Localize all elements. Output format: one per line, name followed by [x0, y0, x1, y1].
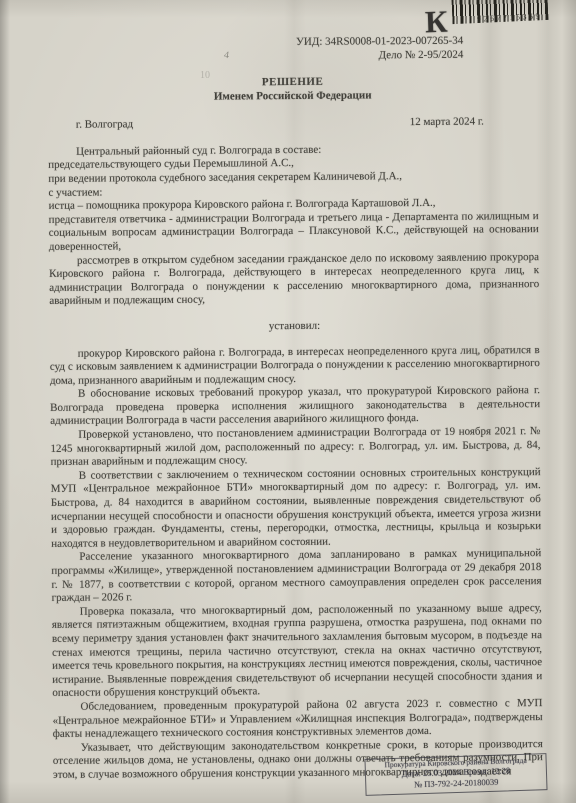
body-paragraph: В обоснование исковых требований прокуро… [50, 384, 540, 429]
intro-paragraph: представителя ответчика - администрации … [49, 210, 539, 255]
body-paragraph: В соответствии с заключением о техническ… [51, 466, 542, 551]
city-date-row: г. Волгоград 12 марта 2024 г. [48, 115, 538, 132]
case-header: УИД: 34RS0008-01-2023-007265-34 Дело № 2… [47, 0, 537, 65]
case-number-line: Дело № 2-95/2024 [47, 48, 463, 65]
body-paragraph: Обследованием, проведенным прокуратурой … [52, 697, 542, 742]
scanned-court-decision-page: К 9267715359 4 10 УИД: 34RS0008-01-2023-… [0, 0, 576, 803]
body-paragraph: Проверкой установлено, что постановление… [50, 425, 540, 470]
intro-paragraph: рассмотрев в открытом судебном заседании… [49, 251, 539, 309]
body-paragraph: Расселение указанного многоквартирного д… [51, 547, 541, 605]
ustanovil-heading: установил: [49, 318, 539, 335]
body-paragraph: Проверка показала, что многоквартирный д… [52, 602, 543, 701]
decision-subtitle: Именем Российской Федерации [48, 88, 538, 105]
body-paragraph: прокурор Кировского района г. Волгограда… [50, 344, 540, 389]
document-content: УИД: 34RS0008-01-2023-007265-34 Дело № 2… [47, 0, 543, 782]
date-label: 12 марта 2024 г. [410, 116, 484, 130]
prosecutor-registration-stamp: Прокуратура Кировского района Волгограда… [364, 753, 547, 796]
city-label: г. Волгоград [76, 118, 133, 132]
